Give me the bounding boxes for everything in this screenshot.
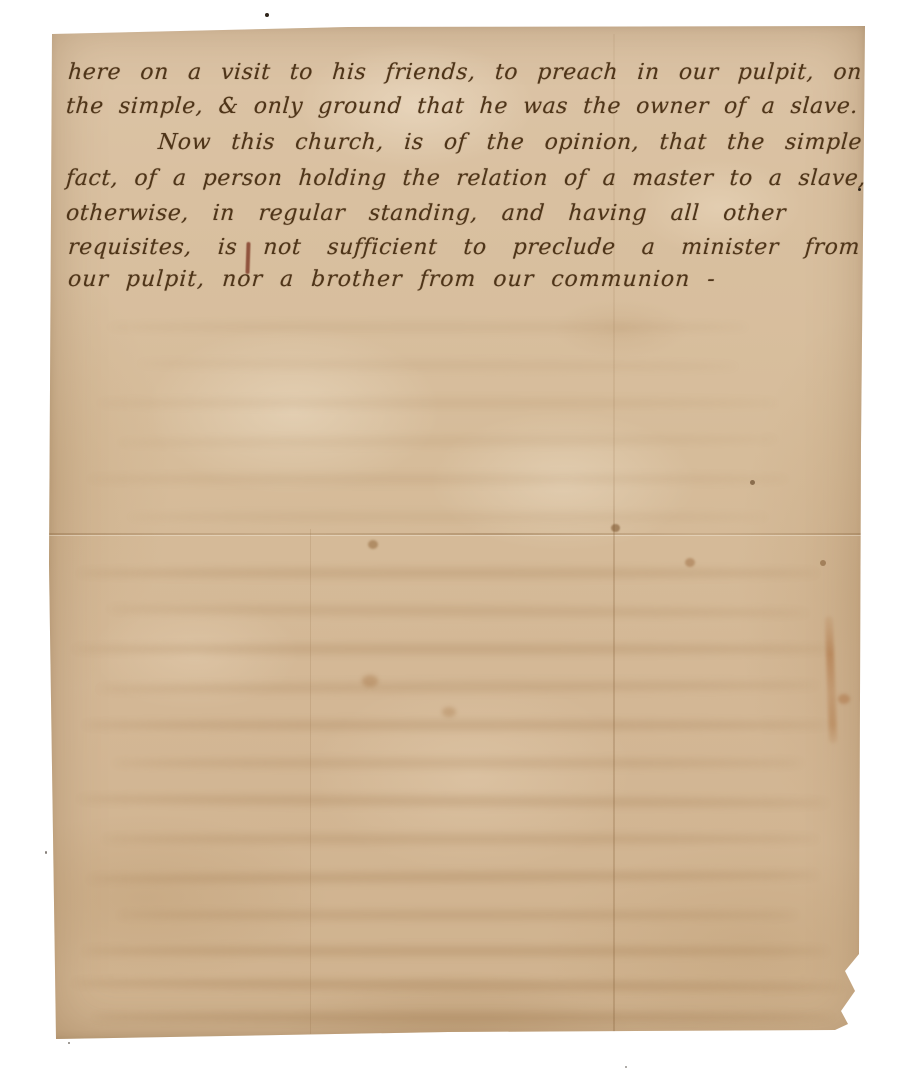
manuscript-line: Now this church, is of the opinion, that…: [157, 128, 863, 158]
manuscript-line: our pulpit, nor a brother from our commu…: [67, 265, 725, 295]
manuscript-text: here on a visit to his friends, to preac…: [48, 24, 866, 1040]
dust-speck: [265, 13, 269, 17]
manuscript-page: here on a visit to his friends, to preac…: [48, 24, 866, 1040]
dust-speck: [68, 1042, 70, 1044]
manuscript-line: otherwise, in regular standing, and havi…: [65, 199, 787, 229]
manuscript-line: fact, of a person holding the relation o…: [65, 164, 867, 194]
dust-speck: [45, 851, 47, 854]
dust-speck: [625, 1066, 627, 1068]
manuscript-line: requisites, is not sufficient to preclud…: [67, 233, 861, 263]
scan-background: here on a visit to his friends, to preac…: [0, 0, 915, 1080]
manuscript-line: here on a visit to his friends, to preac…: [67, 58, 863, 88]
manuscript-line: the simple, & only ground that he was th…: [65, 92, 859, 122]
